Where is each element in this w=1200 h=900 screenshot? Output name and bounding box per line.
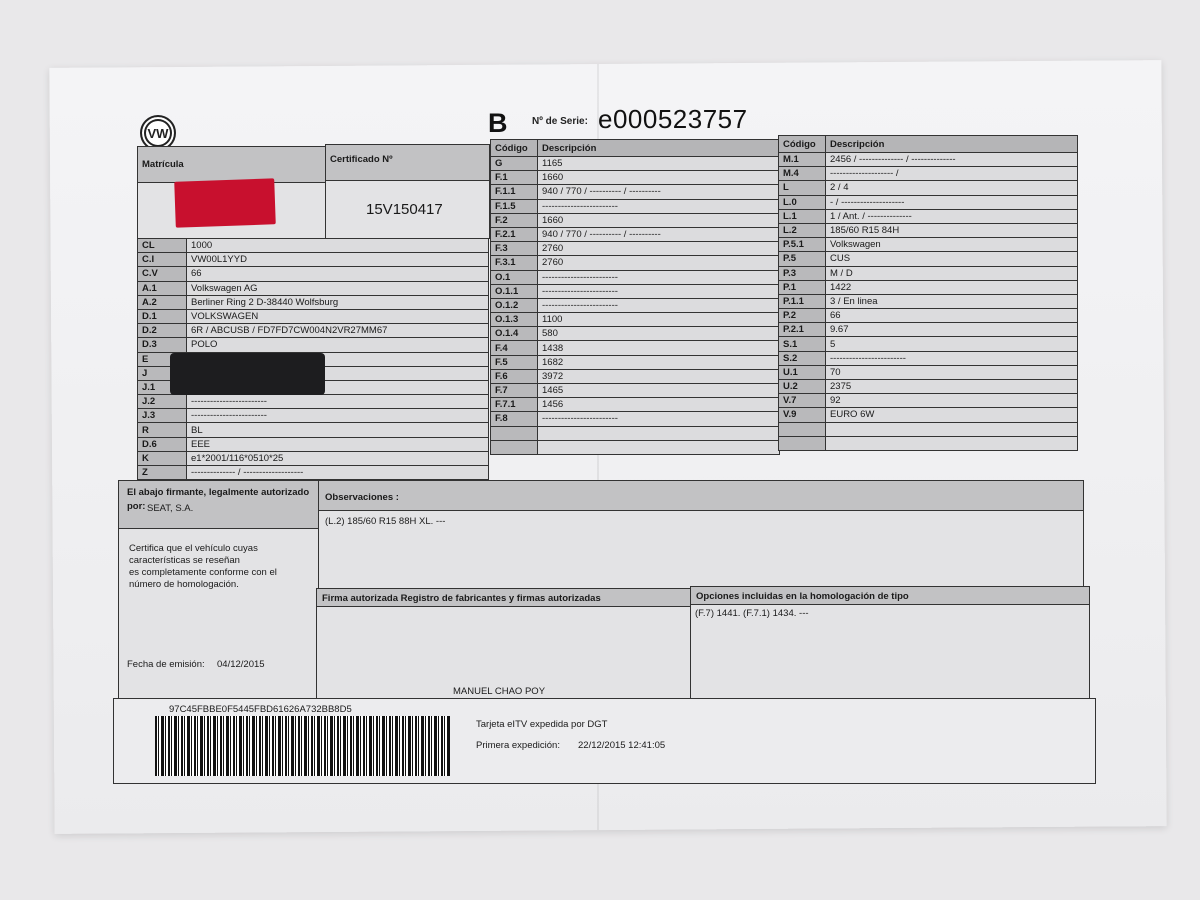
certificado-label: Certificado Nº bbox=[330, 154, 393, 165]
row-desc: 66 bbox=[826, 309, 1078, 323]
row-desc: 1165 bbox=[538, 157, 780, 171]
row-desc bbox=[826, 422, 1078, 436]
row-desc: Volkswagen AG bbox=[187, 281, 489, 295]
row-desc: 185/60 R15 84H bbox=[826, 223, 1078, 237]
row-desc: -------------- / ------------------- bbox=[187, 466, 489, 480]
table-row: O.1.31100 bbox=[491, 313, 780, 327]
table-row: P.3M / D bbox=[779, 266, 1078, 280]
por-label: por: bbox=[127, 501, 145, 512]
serie-value: e000523757 bbox=[598, 104, 748, 135]
certificado-value-cell: 15V150417 bbox=[325, 180, 490, 239]
row-code: U.2 bbox=[779, 380, 826, 394]
row-code: F.1.5 bbox=[491, 199, 538, 213]
type-letter: B bbox=[488, 108, 508, 139]
table-row bbox=[779, 436, 1078, 450]
row-code: F.7 bbox=[491, 384, 538, 398]
row-code: M.1 bbox=[779, 153, 826, 167]
row-desc: 1422 bbox=[826, 280, 1078, 294]
row-code: C.V bbox=[138, 267, 187, 281]
opciones-label: Opciones incluidas en la homologación de… bbox=[696, 591, 909, 602]
code-header: Código bbox=[779, 136, 826, 153]
row-code: F.8 bbox=[491, 412, 538, 426]
row-desc: 1682 bbox=[538, 355, 780, 369]
row-desc: ------------------------ bbox=[187, 395, 489, 409]
table-row: C.IVW00L1YYD bbox=[138, 253, 489, 267]
desc-header: Descripción bbox=[826, 136, 1078, 153]
table-row: L.11 / Ant. / -------------- bbox=[779, 209, 1078, 223]
row-desc: 9.67 bbox=[826, 323, 1078, 337]
code-header: Código bbox=[491, 140, 538, 157]
row-desc: 2375 bbox=[826, 380, 1078, 394]
table-row: M.4-------------------- / bbox=[779, 167, 1078, 181]
row-desc: 940 / 770 / ---------- / ---------- bbox=[538, 227, 780, 241]
table-row: J.3------------------------ bbox=[138, 409, 489, 423]
firma-label: Firma autorizada Registro de fabricantes… bbox=[322, 593, 601, 604]
row-desc: 92 bbox=[826, 394, 1078, 408]
row-desc: ------------------------ bbox=[538, 199, 780, 213]
row-desc: 1660 bbox=[538, 213, 780, 227]
row-desc: 1465 bbox=[538, 384, 780, 398]
table-row: O.1------------------------ bbox=[491, 270, 780, 284]
table-row: F.8------------------------ bbox=[491, 412, 780, 426]
serie-label: Nº de Serie: bbox=[532, 116, 588, 127]
table-row: L.0- / -------------------- bbox=[779, 195, 1078, 209]
table-row: P.5.1Volkswagen bbox=[779, 238, 1078, 252]
fecha-value: 04/12/2015 bbox=[217, 659, 265, 670]
matricula-label: Matrícula bbox=[142, 159, 184, 170]
table-row: O.1.2------------------------ bbox=[491, 298, 780, 312]
certificado-header: Certificado Nº bbox=[325, 144, 490, 182]
table-row: C.V66 bbox=[138, 267, 489, 281]
certifica-line: Certifica que el vehículo cuyas bbox=[129, 543, 258, 554]
row-code: P.3 bbox=[779, 266, 826, 280]
row-code: L bbox=[779, 181, 826, 195]
row-code: F.3.1 bbox=[491, 256, 538, 270]
row-desc: Volkswagen bbox=[826, 238, 1078, 252]
table-row: D.26R / ABCUSB / FD7FD7CW004N2VR27MM67 bbox=[138, 324, 489, 338]
table-row: P.2.19.67 bbox=[779, 323, 1078, 337]
row-code: V.9 bbox=[779, 408, 826, 422]
row-desc: 580 bbox=[538, 327, 780, 341]
row-code: V.7 bbox=[779, 394, 826, 408]
row-desc: 3 / En linea bbox=[826, 294, 1078, 308]
firmante-label: El abajo firmante, legalmente autorizado bbox=[127, 487, 309, 498]
table-row: F.1.1940 / 770 / ---------- / ---------- bbox=[491, 185, 780, 199]
row-code: D.3 bbox=[138, 338, 187, 352]
table-row: F.2.1940 / 770 / ---------- / ---------- bbox=[491, 227, 780, 241]
row-desc: 940 / 770 / ---------- / ---------- bbox=[538, 185, 780, 199]
row-code: F.7.1 bbox=[491, 398, 538, 412]
row-code: P.2 bbox=[779, 309, 826, 323]
row-code: S.2 bbox=[779, 351, 826, 365]
row-code: L.2 bbox=[779, 223, 826, 237]
certifica-box: Certifica que el vehículo cuyas caracter… bbox=[118, 528, 320, 700]
matricula-header: Matrícula bbox=[137, 146, 329, 184]
table-row: S.15 bbox=[779, 337, 1078, 351]
row-code: O.1.3 bbox=[491, 313, 538, 327]
row-desc: BL bbox=[187, 423, 489, 437]
table-row: O.1.1------------------------ bbox=[491, 284, 780, 298]
row-desc: VW00L1YYD bbox=[187, 253, 489, 267]
row-code: D.1 bbox=[138, 309, 187, 323]
row-code: R bbox=[138, 423, 187, 437]
row-desc: ------------------------ bbox=[538, 284, 780, 298]
tarjeta-text: Tarjeta eITV expedida por DGT bbox=[476, 719, 607, 730]
row-desc bbox=[538, 426, 780, 440]
row-desc: POLO bbox=[187, 338, 489, 352]
row-desc bbox=[826, 436, 1078, 450]
row-code: J.2 bbox=[138, 395, 187, 409]
table-row: P.266 bbox=[779, 309, 1078, 323]
certifica-line: características se reseñan bbox=[129, 555, 240, 566]
row-code: Z bbox=[138, 466, 187, 480]
opciones-body: (F.7) 1441. (F.7.1) 1434. --- bbox=[690, 604, 1090, 700]
row-desc: 70 bbox=[826, 365, 1078, 379]
row-desc: 3972 bbox=[538, 369, 780, 383]
table-row: P.11422 bbox=[779, 280, 1078, 294]
row-code bbox=[779, 436, 826, 450]
row-desc: ------------------------ bbox=[187, 409, 489, 423]
row-desc: 2 / 4 bbox=[826, 181, 1078, 195]
row-code: J.3 bbox=[138, 409, 187, 423]
table-row: A.1Volkswagen AG bbox=[138, 281, 489, 295]
table-row: J.2------------------------ bbox=[138, 395, 489, 409]
row-code: C.I bbox=[138, 253, 187, 267]
row-desc: VOLKSWAGEN bbox=[187, 309, 489, 323]
row-code: F.2.1 bbox=[491, 227, 538, 241]
table-row bbox=[779, 422, 1078, 436]
row-desc: 2760 bbox=[538, 256, 780, 270]
row-desc: ------------------------ bbox=[538, 270, 780, 284]
row-desc: 1000 bbox=[187, 239, 489, 253]
table-row bbox=[491, 426, 780, 440]
row-desc: 1456 bbox=[538, 398, 780, 412]
row-code: P.1 bbox=[779, 280, 826, 294]
firma-header: Firma autorizada Registro de fabricantes… bbox=[316, 588, 692, 608]
table-row: F.51682 bbox=[491, 355, 780, 369]
observaciones-header: Observaciones : bbox=[318, 480, 1084, 512]
row-code: G bbox=[491, 157, 538, 171]
observaciones-value: (L.2) 185/60 R15 88H XL. --- bbox=[325, 516, 445, 527]
table-row: F.7.11456 bbox=[491, 398, 780, 412]
row-desc: 6R / ABCUSB / FD7FD7CW004N2VR27MM67 bbox=[187, 324, 489, 338]
row-code bbox=[491, 440, 538, 454]
table-row: F.11660 bbox=[491, 171, 780, 185]
row-code: S.1 bbox=[779, 337, 826, 351]
table-row: F.41438 bbox=[491, 341, 780, 355]
row-code: F.1 bbox=[491, 171, 538, 185]
row-code bbox=[779, 422, 826, 436]
table-row: F.32760 bbox=[491, 242, 780, 256]
opciones-header: Opciones incluidas en la homologación de… bbox=[690, 586, 1090, 606]
table-row: Z-------------- / ------------------- bbox=[138, 466, 489, 480]
row-desc: Berliner Ring 2 D-38440 Wolfsburg bbox=[187, 295, 489, 309]
por-value: SEAT, S.A. bbox=[147, 503, 193, 514]
row-code: O.1 bbox=[491, 270, 538, 284]
firmante-box: El abajo firmante, legalmente autorizado… bbox=[118, 480, 320, 530]
row-desc: EURO 6W bbox=[826, 408, 1078, 422]
row-code: P.2.1 bbox=[779, 323, 826, 337]
row-code: O.1.1 bbox=[491, 284, 538, 298]
opciones-value: (F.7) 1441. (F.7.1) 1434. --- bbox=[695, 608, 809, 619]
table-row: G1165 bbox=[491, 157, 780, 171]
table-row: D.3POLO bbox=[138, 338, 489, 352]
redaction-plate bbox=[174, 178, 276, 227]
row-code: P.5 bbox=[779, 252, 826, 266]
desc-header: Descripción bbox=[538, 140, 780, 157]
barcode-code: 97C45FBBE0F5445FBD61626A732BB8D5 bbox=[169, 704, 352, 715]
row-desc bbox=[538, 440, 780, 454]
row-desc: ------------------------ bbox=[538, 412, 780, 426]
barcode-icon bbox=[155, 716, 450, 776]
row-code: F.2 bbox=[491, 213, 538, 227]
row-code: L.0 bbox=[779, 195, 826, 209]
table-row: V.792 bbox=[779, 394, 1078, 408]
primera-label: Primera expedición: bbox=[476, 740, 560, 751]
table-row: F.63972 bbox=[491, 369, 780, 383]
row-code: F.3 bbox=[491, 242, 538, 256]
table-row: F.21660 bbox=[491, 213, 780, 227]
row-desc: 1438 bbox=[538, 341, 780, 355]
row-desc: 66 bbox=[187, 267, 489, 281]
table-row: RBL bbox=[138, 423, 489, 437]
row-code: L.1 bbox=[779, 209, 826, 223]
row-desc: 2760 bbox=[538, 242, 780, 256]
row-code: CL bbox=[138, 239, 187, 253]
table-row: O.1.4580 bbox=[491, 327, 780, 341]
row-code: D.2 bbox=[138, 324, 187, 338]
observaciones-body: (L.2) 185/60 R15 88H XL. --- bbox=[318, 510, 1084, 590]
row-code: O.1.4 bbox=[491, 327, 538, 341]
table-row: V.9EURO 6W bbox=[779, 408, 1078, 422]
fecha-label: Fecha de emisión: bbox=[127, 659, 205, 670]
row-desc: 1 / Ant. / -------------- bbox=[826, 209, 1078, 223]
certifica-line: es completamente conforme con el bbox=[129, 567, 277, 578]
row-desc: e1*2001/116*0510*25 bbox=[187, 451, 489, 465]
row-desc: ------------------------ bbox=[538, 298, 780, 312]
logo-text: VW bbox=[148, 126, 169, 141]
row-code: A.2 bbox=[138, 295, 187, 309]
row-desc: ------------------------ bbox=[826, 351, 1078, 365]
row-code: D.6 bbox=[138, 437, 187, 451]
row-code: U.1 bbox=[779, 365, 826, 379]
observaciones-label: Observaciones : bbox=[325, 492, 399, 503]
row-desc: CUS bbox=[826, 252, 1078, 266]
table-row: D.1VOLKSWAGEN bbox=[138, 309, 489, 323]
row-code: A.1 bbox=[138, 281, 187, 295]
table-row: A.2Berliner Ring 2 D-38440 Wolfsburg bbox=[138, 295, 489, 309]
table-row: CL1000 bbox=[138, 239, 489, 253]
firma-body: MANUEL CHAO POY bbox=[316, 606, 692, 700]
row-desc: M / D bbox=[826, 266, 1078, 280]
row-code bbox=[491, 426, 538, 440]
row-code: F.5 bbox=[491, 355, 538, 369]
table-row: F.71465 bbox=[491, 384, 780, 398]
row-code: F.6 bbox=[491, 369, 538, 383]
row-desc: 5 bbox=[826, 337, 1078, 351]
row-code: F.4 bbox=[491, 341, 538, 355]
row-code: M.4 bbox=[779, 167, 826, 181]
row-code: O.1.2 bbox=[491, 298, 538, 312]
table-row: P.1.13 / En linea bbox=[779, 294, 1078, 308]
row-desc: - / -------------------- bbox=[826, 195, 1078, 209]
table-row: L2 / 4 bbox=[779, 181, 1078, 195]
table-row: Ke1*2001/116*0510*25 bbox=[138, 451, 489, 465]
row-desc: 1660 bbox=[538, 171, 780, 185]
row-desc: -------------------- / bbox=[826, 167, 1078, 181]
table-row: S.2------------------------ bbox=[779, 351, 1078, 365]
table-row: D.6EEE bbox=[138, 437, 489, 451]
table-row: P.5CUS bbox=[779, 252, 1078, 266]
certificado-value: 15V150417 bbox=[366, 201, 443, 218]
certifica-line: número de homologación. bbox=[129, 579, 239, 590]
right-data-table: CódigoDescripciónM.12456 / -------------… bbox=[778, 135, 1078, 451]
row-code: F.1.1 bbox=[491, 185, 538, 199]
table-row: L.2185/60 R15 84H bbox=[779, 223, 1078, 237]
table-row bbox=[491, 440, 780, 454]
mid-data-table: CódigoDescripciónG1165F.11660F.1.1940 / … bbox=[490, 139, 780, 455]
table-row: M.12456 / -------------- / -------------… bbox=[779, 153, 1078, 167]
row-desc: 2456 / -------------- / -------------- bbox=[826, 153, 1078, 167]
redaction-vin bbox=[170, 353, 325, 395]
table-row: F.3.12760 bbox=[491, 256, 780, 270]
row-code: P.1.1 bbox=[779, 294, 826, 308]
table-row: U.170 bbox=[779, 365, 1078, 379]
table-row: F.1.5------------------------ bbox=[491, 199, 780, 213]
row-desc: 1100 bbox=[538, 313, 780, 327]
row-code: P.5.1 bbox=[779, 238, 826, 252]
firma-name: MANUEL CHAO POY bbox=[453, 686, 545, 697]
row-code: K bbox=[138, 451, 187, 465]
row-desc: EEE bbox=[187, 437, 489, 451]
table-row: U.22375 bbox=[779, 380, 1078, 394]
primera-value: 22/12/2015 12:41:05 bbox=[578, 740, 665, 751]
